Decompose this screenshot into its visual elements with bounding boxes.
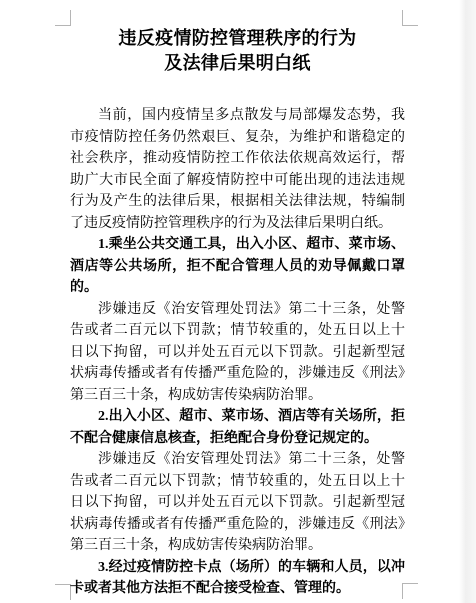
- item-2-heading: 2.出入小区、超市、菜市场、酒店等有关场所，拒不配合健康信息核查，拒绝配合身份登…: [70, 406, 405, 449]
- document-title-line2: 及法律后果明白纸: [70, 51, 405, 76]
- margin-crop-mark-bottom-left: [55, 584, 71, 600]
- document-title-line1: 违反疫情防控管理秩序的行为: [70, 26, 405, 51]
- item-1-heading: 1.乘坐公共交通工具，出入小区、超市、菜市场、酒店等公共场所，拒不配合管理人员的…: [70, 234, 405, 299]
- document-title: 违反疫情防控管理秩序的行为 及法律后果明白纸: [70, 26, 405, 76]
- item-1-body: 涉嫌违反《治安管理处罚法》第二十三条，处警告或者二百元以下罚款；情节较重的，处五…: [70, 299, 405, 407]
- item-3-heading: 3.经过疫情防控卡点（场所）的车辆和人员，以冲卡或者其他方法拒不配合接受检查、管…: [70, 557, 405, 600]
- document-page: 违反疫情防控管理秩序的行为 及法律后果明白纸 当前，国内疫情呈多点散发与局部爆发…: [0, 0, 476, 603]
- margin-crop-mark-top-left: [55, 10, 71, 26]
- intro-paragraph: 当前，国内疫情呈多点散发与局部爆发态势，我市疫情防控任务仍然艰巨、复杂，为维护和…: [70, 105, 405, 234]
- page-edge-shadow: [459, 0, 476, 603]
- item-2-body: 涉嫌违反《治安管理处罚法》第二十三条，处警告或者二百元以下罚款；情节较重的，处五…: [70, 449, 405, 557]
- margin-crop-mark-top-right: [402, 10, 418, 26]
- document-content: 违反疫情防控管理秩序的行为 及法律后果明白纸 当前，国内疫情呈多点散发与局部爆发…: [70, 25, 405, 600]
